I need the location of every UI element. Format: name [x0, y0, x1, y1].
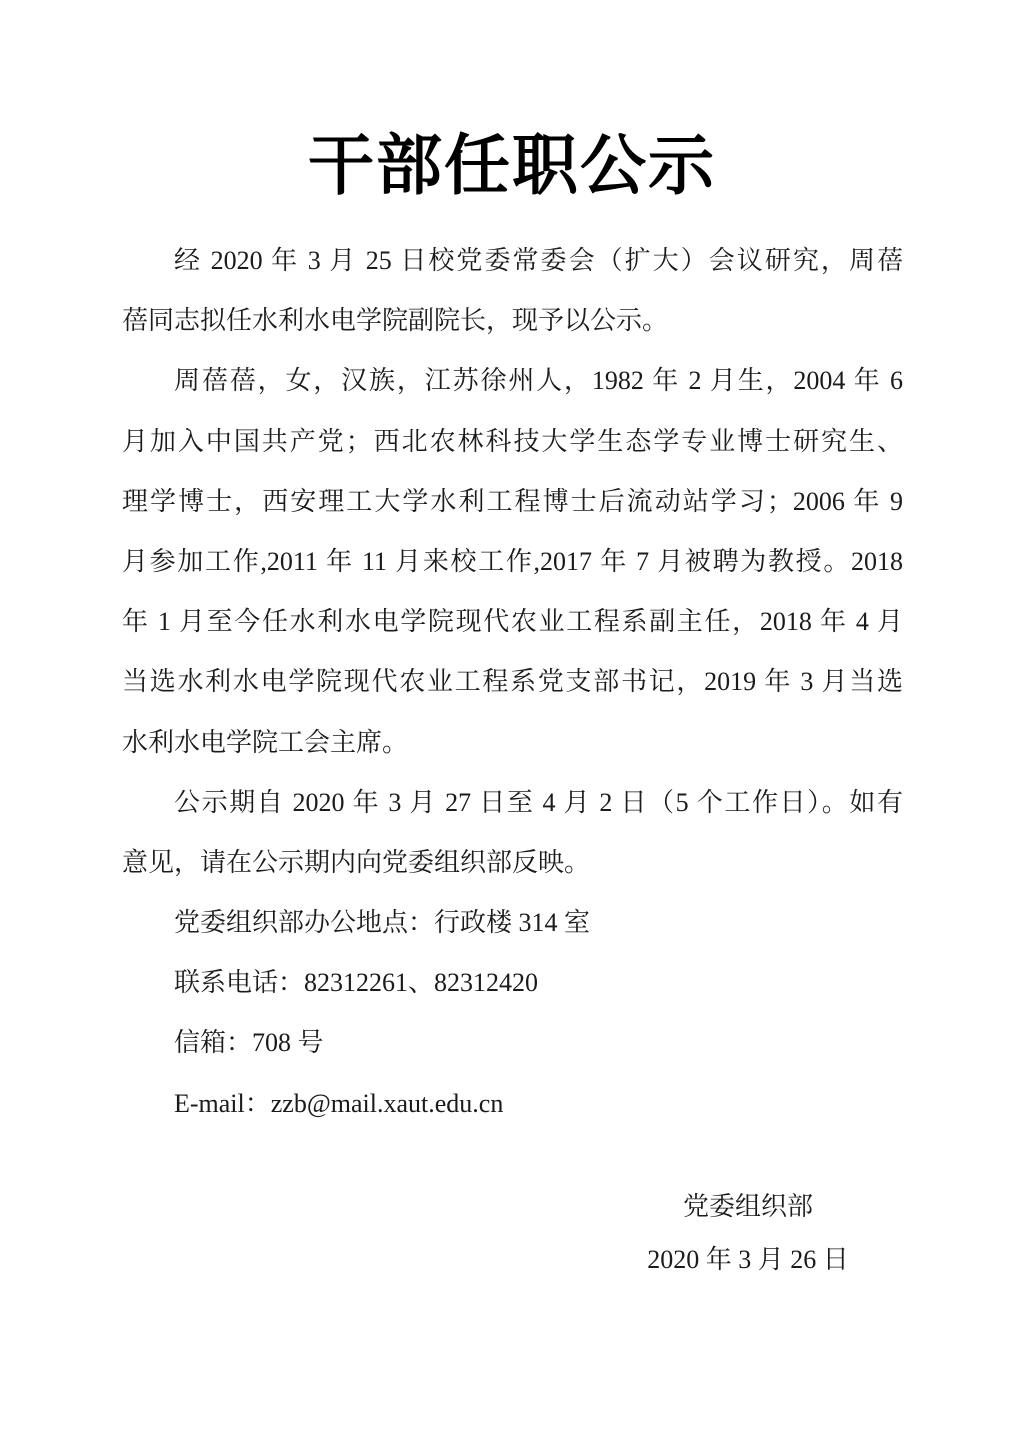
- contact-email-line: E-mail：zzb@mail.xaut.edu.cn: [122, 1074, 903, 1134]
- body-line: 年 1 月至今任水利水电学院现代农业工程系副主任，2018 年 4 月: [122, 592, 903, 652]
- body-line: 经 2020 年 3 月 25 日校党委常委会（扩大）会议研究，周蓓: [122, 231, 903, 291]
- body-line: 理学博士，西安理工大学水利工程博士后流动站学习；2006 年 9: [122, 472, 903, 532]
- contact-mailbox-line: 信箱：708 号: [122, 1013, 903, 1073]
- body-line: 当选水利水电学院现代农业工程系党支部书记，2019 年 3 月当选: [122, 652, 903, 712]
- body-line: 意见，请在公示期内向党委组织部反映。: [122, 833, 903, 893]
- body-line: 公示期自 2020 年 3 月 27 日至 4 月 2 日（5 个工作日）。如有: [122, 773, 903, 833]
- signature-date: 2020 年 3 月 26 日: [598, 1233, 898, 1286]
- body-line: 月加入中国共产党；西北农林科技大学生态学专业博士研究生、: [122, 412, 903, 472]
- signature-block: 党委组织部 2020 年 3 月 26 日: [598, 1180, 898, 1286]
- document-body: 经 2020 年 3 月 25 日校党委常委会（扩大）会议研究，周蓓 蓓同志拟任…: [122, 231, 903, 1134]
- contact-phone-line: 联系电话：82312261、82312420: [122, 953, 903, 1013]
- document-page: 干部任职公示 经 2020 年 3 月 25 日校党委常委会（扩大）会议研究，周…: [0, 0, 1024, 1448]
- body-line: 周蓓蓓，女，汉族，江苏徐州人，1982 年 2 月生，2004 年 6: [122, 351, 903, 411]
- contact-office-line: 党委组织部办公地点：行政楼 314 室: [122, 893, 903, 953]
- body-line: 蓓同志拟任水利水电学院副院长，现予以公示。: [122, 291, 903, 351]
- body-line: 水利水电学院工会主席。: [122, 713, 903, 773]
- document-title: 干部任职公示: [0, 125, 1024, 205]
- body-line: 月参加工作,2011 年 11 月来校工作,2017 年 7 月被聘为教授。20…: [122, 532, 903, 592]
- signature-org: 党委组织部: [598, 1180, 898, 1233]
